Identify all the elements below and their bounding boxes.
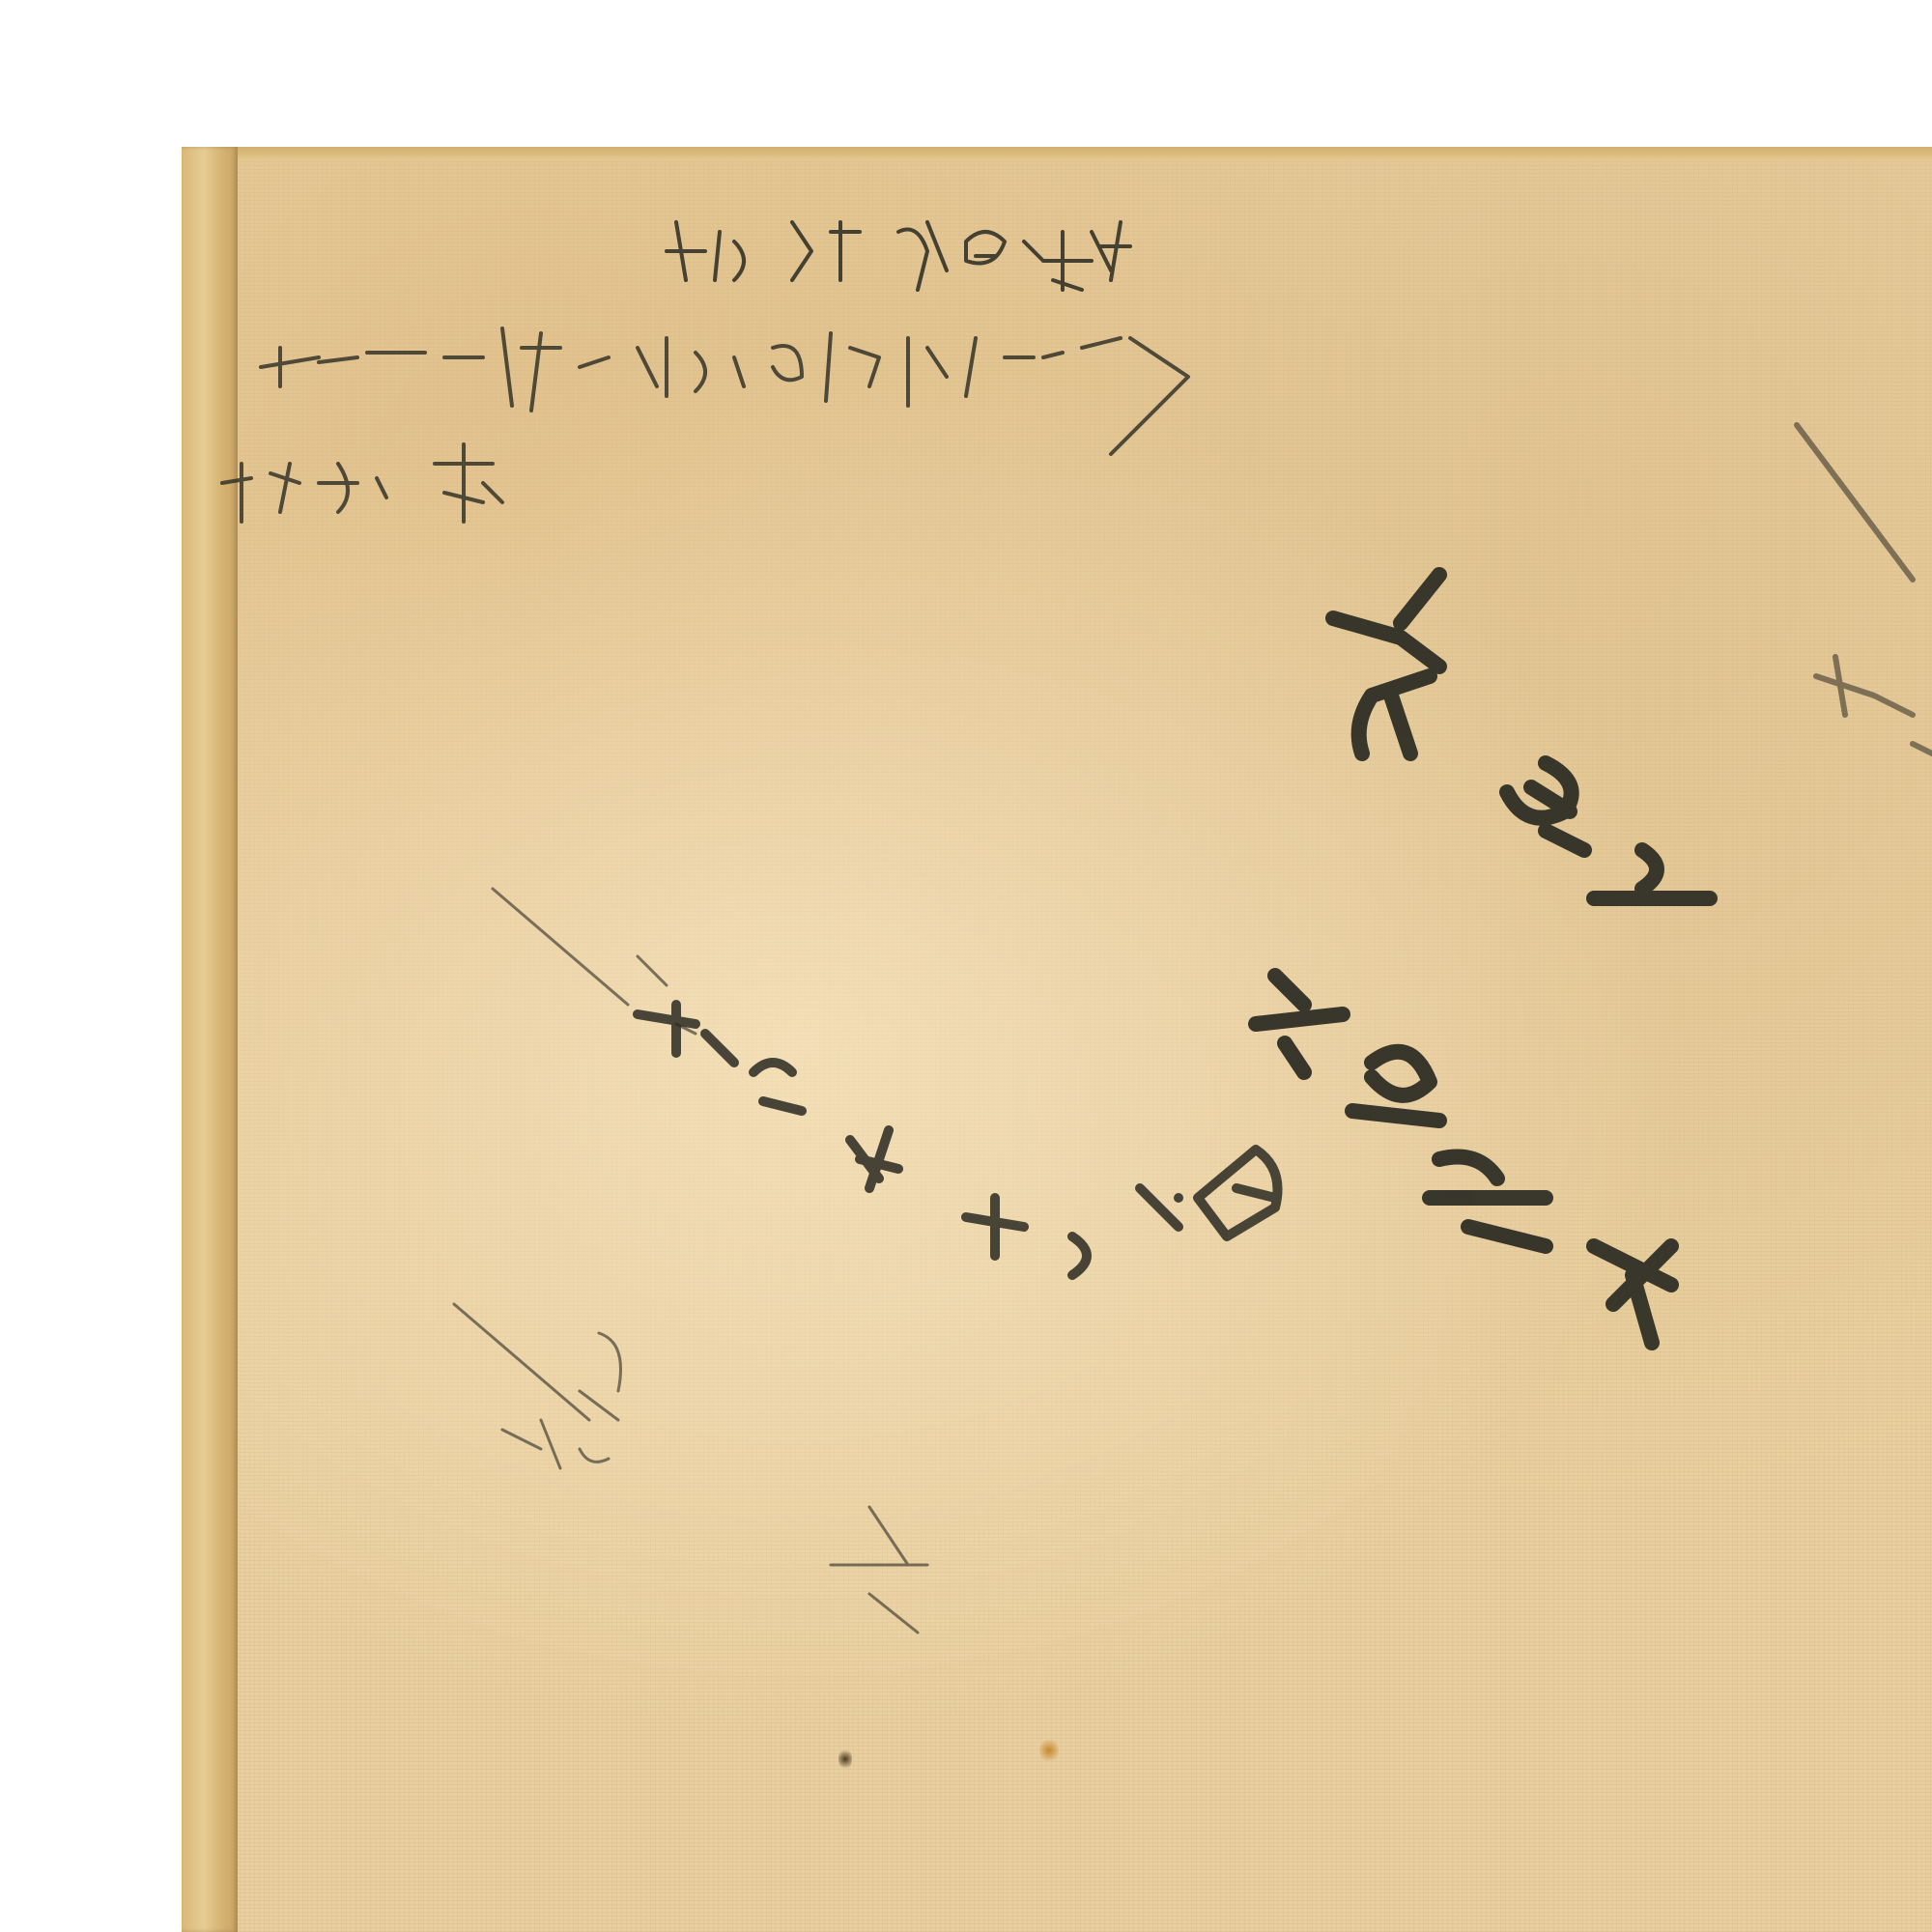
inscription-diagonal-large-1 bbox=[1256, 575, 1710, 1343]
inscription-diagonal-small bbox=[454, 889, 927, 1633]
inscription-diagonal-large-2 bbox=[638, 1005, 1278, 1275]
inscription-top-line-2 bbox=[261, 328, 1188, 454]
inscription-top-line-3 bbox=[222, 444, 502, 522]
ink-inscriptions bbox=[0, 0, 1932, 1932]
inscription-right-edge-partial bbox=[1797, 425, 1932, 753]
inscription-top-line-1 bbox=[667, 222, 1130, 290]
